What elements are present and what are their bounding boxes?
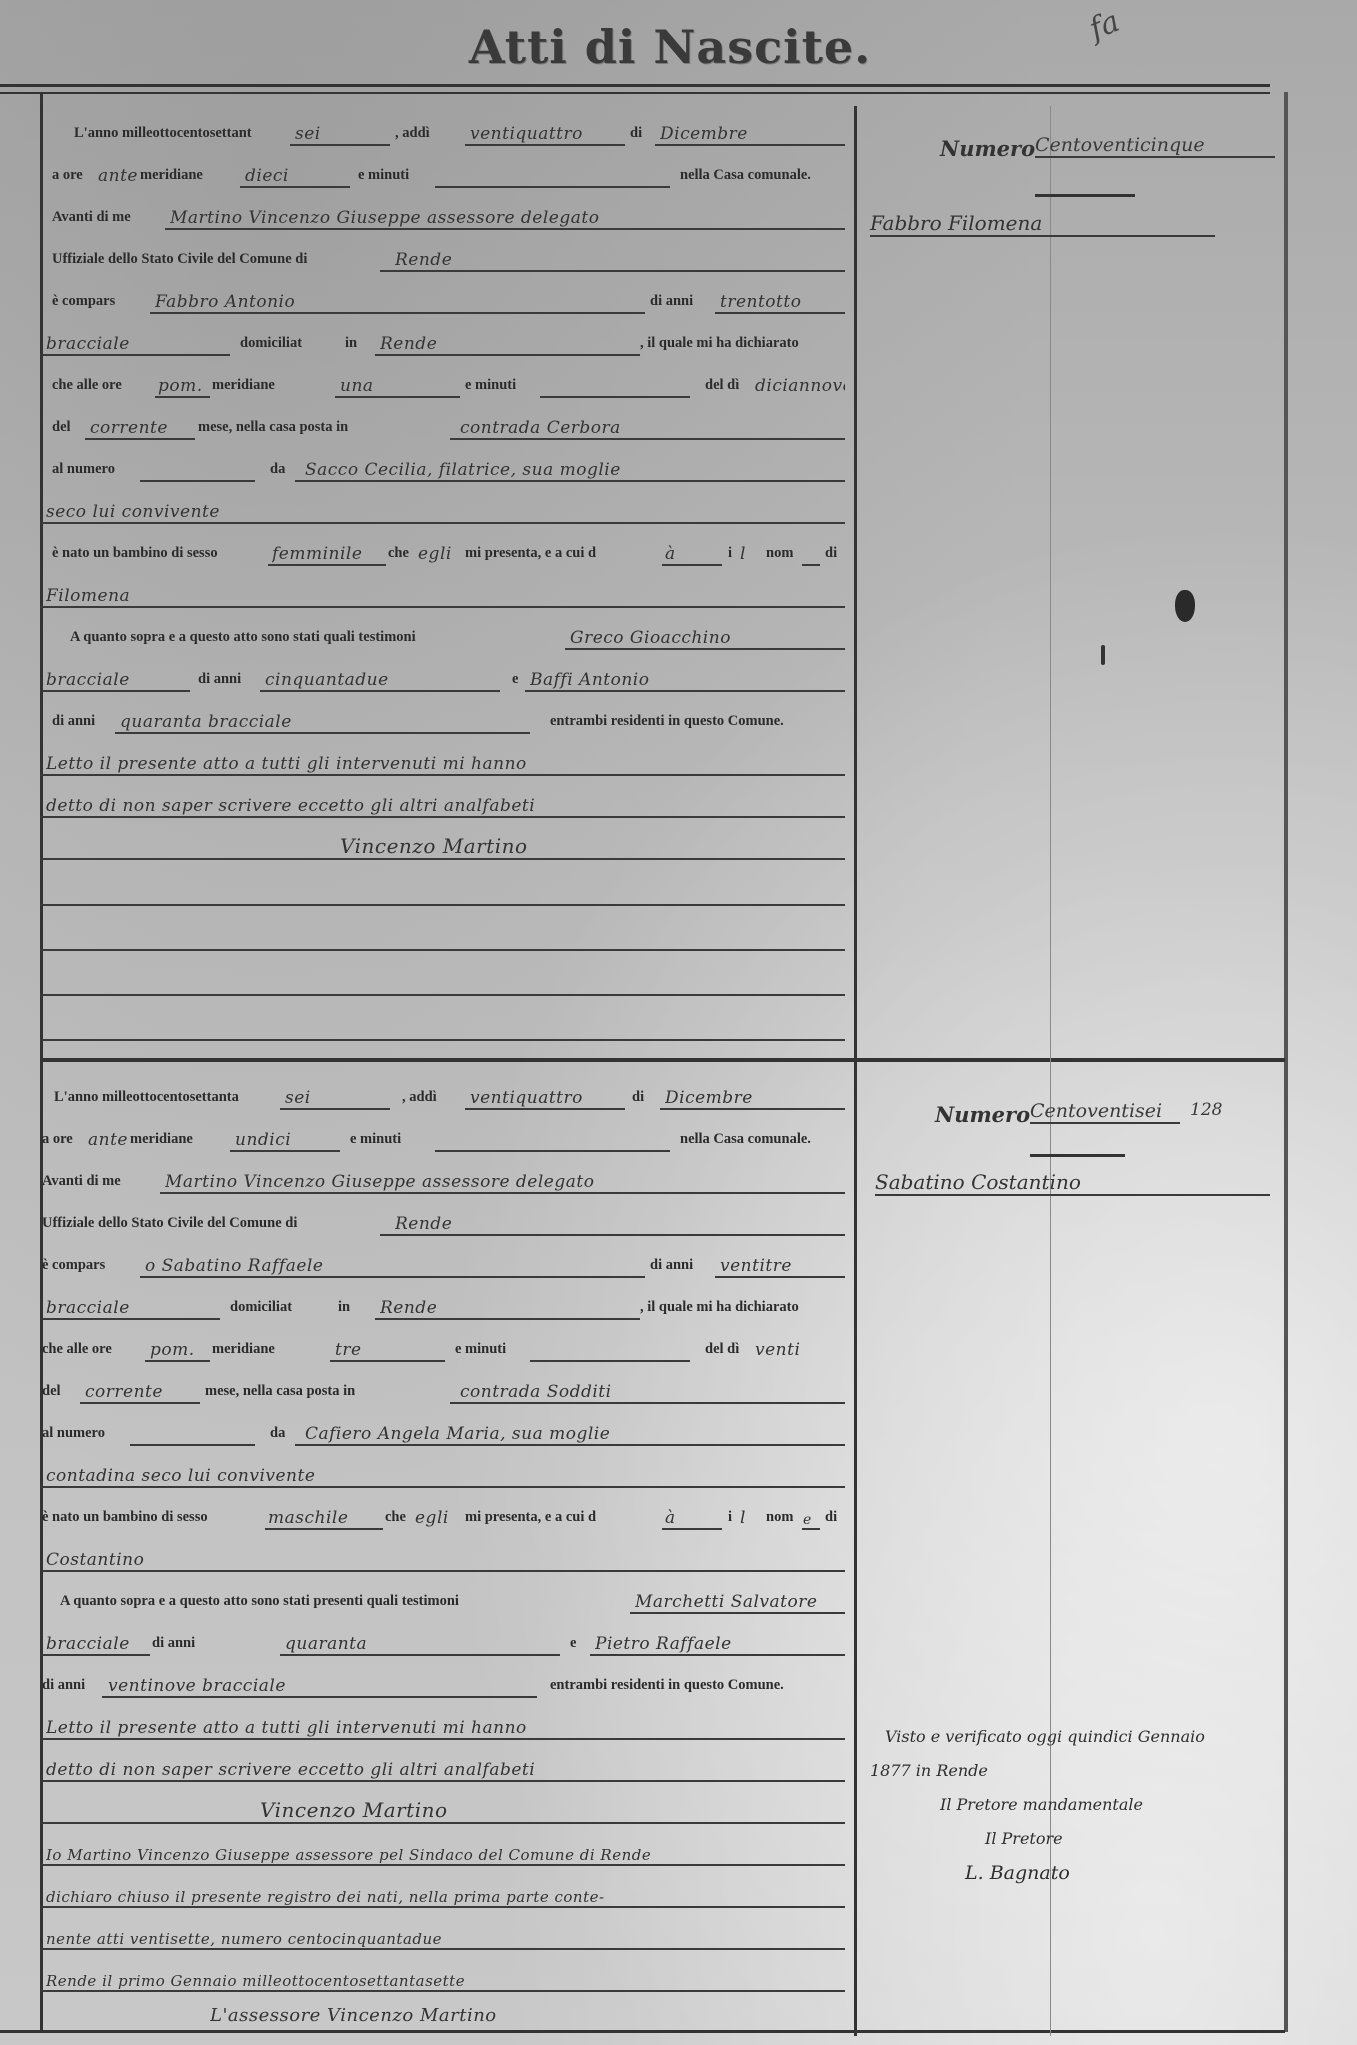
field-witness1-age: cinquantadue [265,670,495,690]
label-e: e [512,671,518,688]
record-line-signature: Vincenzo Martino [40,1784,845,1828]
label-di: di [630,125,642,142]
label-a-ore: a ore [42,1131,73,1148]
label-di-anni-w2: di anni [42,1677,85,1694]
label-che-alle-ore: che alle ore [52,377,122,394]
label-addi: , addì [402,1089,437,1106]
label-domiciliat: domiciliat [240,335,302,352]
label-nom: nom [766,1509,793,1526]
label-minuti: e minuti [350,1131,401,1148]
label-dichiarato: , il quale mi ha dichiarato [640,1299,799,1316]
field-domicile: Rende [380,1298,630,1318]
field-occupation: bracciale [46,1298,216,1318]
field-month: Dicembre [665,1088,840,1108]
field-read-statement-2: detto di non saper scrivere eccetto gli … [46,1760,836,1780]
label-residenti: entrambi residenti in questo Comune. [550,713,784,730]
closing-text-3: nente atti ventisette, numero centocinqu… [46,1930,841,1948]
label-del-di: del dì [705,377,739,394]
birth-record-1: L'anno milleottocentosettant sei , addì … [40,106,855,1056]
record-line-sex: è nato un bambino di sesso femminile che… [40,526,845,570]
field-day: ventiquattro [470,1088,620,1108]
field-da: à [665,1508,715,1528]
label-i: i [728,545,732,562]
officer-signature: Vincenzo Martino [340,834,740,858]
birth-record-2: L'anno milleottocentosettanta sei , addì… [40,1070,855,2030]
blank-rule-1 [40,904,845,906]
field-read-statement-2: detto di non saper scrivere eccetto gli … [46,796,836,816]
label-dichiarato: , il quale mi ha dichiarato [640,335,799,352]
record-line-given-name: Costantino [40,1532,845,1576]
field-month: Dicembre [660,124,840,144]
numero-underbar-2 [1030,1154,1125,1157]
closing-line-3: nente atti ventisette, numero centocinqu… [40,1910,845,1954]
field-cohabit: seco lui convivente [46,502,836,522]
ink-blot [1175,590,1195,622]
label-da: da [270,461,285,478]
label-casa-comunale: nella Casa comunale. [680,167,811,184]
record-line-witness2: bracciale di anni quaranta e Pietro Raff… [40,1616,845,1660]
field-cohabit: contadina seco lui convivente [46,1466,836,1486]
field-nom-e: e [803,1512,819,1528]
label-meridiane: meridiane [130,1131,193,1148]
record-line-domicile: bracciale domiciliat in Rende , il quale… [40,1280,845,1324]
label-avanti: Avanti di me [52,209,131,226]
label-del: del [42,1383,61,1400]
label-e: e [570,1635,576,1652]
field-witness-occupation: bracciale [46,1634,146,1654]
label-di-anni-w2: di anni [52,713,95,730]
visto-signature: L. Bagnato [870,1856,1205,1890]
numero-value-1: Centoventicinque [1035,134,1275,158]
label-al-numero: al numero [52,461,115,478]
record-line-date: L'anno milleottocentosettanta sei , addì… [40,1070,845,1114]
label-uffiziale: Uffiziale dello Stato Civile del Comune … [42,1215,297,1232]
field-birth-day: venti [755,1340,845,1360]
label-a-ore: a ore [52,167,83,184]
label-di-2: di [825,1509,837,1526]
label-casa-comunale: nella Casa comunale. [680,1131,811,1148]
label-anno: L'anno milleottocentosettanta [54,1089,239,1106]
record-separator [40,1058,1285,1062]
closing-text-1: Io Martino Vincenzo Giuseppe assessore p… [46,1846,841,1864]
label-di: di [632,1089,644,1106]
label-di-anni-w1: di anni [152,1635,195,1652]
visto-line-4: Il Pretore [870,1822,1205,1856]
label-di-anni: di anni [650,293,693,310]
label-che: che [388,545,409,562]
field-mother: Cafiero Angela Maria, sua moglie [305,1424,840,1444]
field-year: sei [295,124,385,144]
field-birth-day: diciannove [755,376,845,396]
record-line-date: L'anno milleottocentosettant sei , addì … [40,106,845,150]
blank-rule-4 [40,1039,845,1041]
field-witness2-age: ventinove bracciale [108,1676,508,1696]
officer-signature: Vincenzo Martino [260,1798,660,1822]
record-line-birthplace: del corrente mese, nella casa posta in c… [40,400,845,444]
field-month-ref: corrente [90,418,190,438]
page-title: Atti di Nascite. [440,20,900,74]
label-mi-presenta: mi presenta, e a cui d [465,545,596,562]
label-nato: è nato un bambino di sesso [52,545,218,562]
record-line-witness2: bracciale di anni cinquantadue e Baffi A… [40,652,845,696]
field-declarant-age: ventitre [720,1256,840,1276]
label-di-anni-w1: di anni [198,671,241,688]
label-residenti: entrambi residenti in questo Comune. [550,1677,784,1694]
field-occupation: bracciale [46,334,226,354]
blank-rule-3 [40,994,845,996]
top-double-rule [0,84,1270,87]
visto-line-1: Visto e verificato oggi quindici Gennaio [870,1720,1205,1754]
label-da: da [270,1425,285,1442]
label-che: che [385,1509,406,1526]
field-sex: maschile [268,1508,378,1528]
field-witness-occupation: bracciale [46,670,186,690]
closing-text-2: dichiaro chiuso il presente registro dei… [46,1888,841,1906]
label-nom: nom [766,545,793,562]
field-domicile: Rende [380,334,630,354]
field-day: ventiquattro [470,124,620,144]
label-meridiano: meridiane [212,377,275,394]
field-birth-address: contrada Cerbora [460,418,840,438]
label-e-minuti: e minuti [465,377,516,394]
label-al-numero: al numero [42,1425,105,1442]
label-nato: è nato un bambino di sesso [42,1509,208,1526]
field-declarant: Fabbro Antonio [155,292,635,312]
label-casa-posta: mese, nella casa posta in [198,419,348,436]
record-line-birth-time: che alle ore pom. meridiane tre e minuti… [40,1322,845,1366]
visto-line-3: Il Pretore mandamentale [870,1788,1205,1822]
record-line-domicile: bracciale domiciliat in Rende , il quale… [40,316,845,360]
field-witness1: Greco Gioacchino [570,628,840,648]
record-line-read-2: detto di non saper scrivere eccetto gli … [40,778,845,822]
top-double-rule-2 [0,92,1270,94]
field-birth-hour: una [340,376,450,396]
field-birth-hour: tre [335,1340,435,1360]
label-compars: è compars [52,293,115,310]
field-egli: egli [418,544,463,564]
field-mother: Sacco Cecilia, filatrice, sua moglie [305,460,840,480]
label-addi: , addì [395,125,430,142]
numero-label-1: Numero [940,136,1035,161]
margin-name-1: Fabbro Filomena [870,211,1215,237]
field-read-statement: Letto il presente atto a tutti gli inter… [46,1718,836,1738]
record-line-signature: Vincenzo Martino [40,820,845,864]
label-del-di: del dì [705,1341,739,1358]
numero-label-2: Numero [935,1102,1030,1127]
label-di-2: di [825,545,837,562]
visto-line-2: 1877 in Rende [870,1754,1205,1788]
field-officer: Martino Vincenzo Giuseppe assessore dele… [170,208,840,228]
record-line-read-1: Letto il presente atto a tutti gli inter… [40,736,845,780]
record-line-time: a ore ante meridiane dieci e minuti nell… [40,148,845,192]
margin-record-1: Numero Centoventicinque Fabbro Filomena [860,106,1285,1056]
field-sex: femminile [272,544,382,564]
record-line-cohabit: contadina seco lui convivente [40,1448,845,1492]
record-line-witness2-age: di anni ventinove bracciale entrambi res… [40,1658,845,1702]
label-casa-posta: mese, nella casa posta in [205,1383,355,1400]
record-line-read-1: Letto il presente atto a tutti gli inter… [40,1700,845,1744]
field-da: à [665,544,715,564]
numero-underbar-1 [1035,194,1135,197]
record-line-witness2-age: di anni quaranta bracciale entrambi resi… [40,694,845,738]
margin-name-2: Sabatino Costantino [875,1170,1270,1196]
field-witness2-age: quaranta bracciale [120,712,520,732]
closing-signature: L'assessore Vincenzo Martino [210,2005,660,2026]
label-testimoni: A quanto sopra e a questo atto sono stat… [60,1593,459,1610]
label-e-minuti: e minuti [455,1341,506,1358]
record-line-declarant: è compars o Sabatino Raffaele di anni ve… [40,1238,845,1282]
label-i: i [728,1509,732,1526]
field-birth-ampm: pom. [158,376,208,396]
field-month-ref: corrente [85,1382,195,1402]
record-line-comune: Uffiziale dello Stato Civile del Comune … [40,1196,845,1240]
closing-line-1: Io Martino Vincenzo Giuseppe assessore p… [40,1826,845,1870]
field-ampm: ante [98,166,138,186]
record-line-given-name: Filomena [40,568,845,612]
field-officer: Martino Vincenzo Giuseppe assessore dele… [165,1172,840,1192]
field-egli: egli [415,1508,463,1528]
record-line-declarant: è compars Fabbro Antonio di anni trentot… [40,274,845,318]
label-in: in [338,1299,350,1316]
label-meridiane: meridiane [140,167,203,184]
record-line-sex: è nato un bambino di sesso maschile che … [40,1490,845,1534]
record-line-witness1: A quanto sopra e a questo atto sono stat… [40,1574,845,1618]
label-testimoni: A quanto sopra e a questo atto sono stat… [70,629,416,646]
record-line-witness1: A quanto sopra e a questo atto sono stat… [40,610,845,654]
field-witness1: Marchetti Salvatore [635,1592,845,1612]
label-di-anni: di anni [650,1257,693,1274]
label-anno: L'anno milleottocentosettant [74,125,252,142]
field-given-name: Costantino [46,1550,836,1570]
ink-mark [1101,645,1105,665]
record-line-read-2: detto di non saper scrivere eccetto gli … [40,1742,845,1786]
field-hour: dieci [245,166,345,186]
label-uffiziale: Uffiziale dello Stato Civile del Comune … [52,251,307,268]
record-line-birthplace: del corrente mese, nella casa posta in c… [40,1364,845,1408]
label-che-alle-ore: che alle ore [42,1341,112,1358]
margin-record-2: Numero Centoventisei 128 Sabatino Costan… [860,1070,1285,2030]
field-hour: undici [235,1130,335,1150]
field-ampm: ante [88,1130,128,1150]
field-il: l [740,1508,760,1528]
field-witness1-age: quaranta [285,1634,555,1654]
record-line-cohabit: seco lui convivente [40,484,845,528]
field-comune: Rende [395,1214,835,1234]
field-witness2: Pietro Raffaele [595,1634,840,1654]
label-compars: è compars [42,1257,105,1274]
closing-line-2: dichiaro chiuso il presente registro dei… [40,1868,845,1912]
numero-value-2: Centoventisei [1030,1100,1180,1124]
closing-signature-line: L'assessore Vincenzo Martino [40,1988,845,2032]
label-avanti: Avanti di me [42,1173,121,1190]
record-line-mother: al numero da Cafiero Angela Maria, sua m… [40,1406,845,1450]
visto-note: Visto e verificato oggi quindici Gennaio… [870,1720,1205,1890]
label-in: in [345,335,357,352]
corner-annotation: fa [1085,4,1125,47]
label-mi-presenta: mi presenta, e a cui d [465,1509,596,1526]
field-given-name: Filomena [46,586,836,606]
record-line-time: a ore ante meridiane undici e minuti nel… [40,1112,845,1156]
field-witness2: Baffi Antonio [530,670,840,690]
field-declarant-age: trentotto [720,292,840,312]
field-il: l [740,544,760,564]
record-line-comune: Uffiziale dello Stato Civile del Comune … [40,232,845,276]
field-comune: Rende [395,250,835,270]
label-meridiane: meridiane [212,1341,275,1358]
numero-suffix-2: 128 [1190,1100,1222,1120]
label-del: del [52,419,71,436]
blank-rule-2 [40,949,845,951]
record-line-birth-time: che alle ore pom. meridiane una e minuti… [40,358,845,402]
field-birth-address: contrada Sodditi [460,1382,840,1402]
field-birth-ampm: pom. [150,1340,205,1360]
label-domiciliat: domiciliat [230,1299,292,1316]
record-line-officer: Avanti di me Martino Vincenzo Giuseppe a… [40,1154,845,1198]
field-year: sei [285,1088,385,1108]
record-line-mother: al numero da Sacco Cecilia, filatrice, s… [40,442,845,486]
field-declarant: o Sabatino Raffaele [145,1256,635,1276]
field-read-statement: Letto il presente atto a tutti gli inter… [46,754,836,774]
label-minuti: e minuti [358,167,409,184]
record-line-officer: Avanti di me Martino Vincenzo Giuseppe a… [40,190,845,234]
